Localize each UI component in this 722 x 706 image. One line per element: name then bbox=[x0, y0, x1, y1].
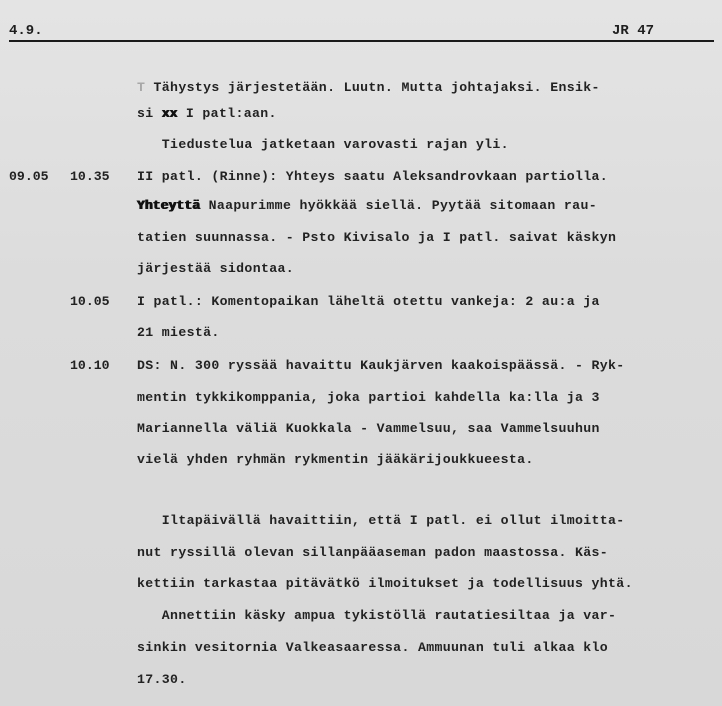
text-line: I patl.: Komentopaikan läheltä otettu va… bbox=[137, 294, 600, 309]
text-line: vielä yhden ryhmän rykmentin jääkärijouk… bbox=[137, 452, 534, 467]
text-line: Mariannella väliä Kuokkala - Vammelsuu, … bbox=[137, 421, 600, 436]
text-line: Tiedustelua jatketaan varovasti rajan yl… bbox=[137, 137, 509, 152]
text-line: kettiin tarkastaa pitävätkö ilmoitukset … bbox=[137, 576, 633, 591]
timestamp: 09.05 bbox=[9, 169, 49, 184]
text-line: mentin tykkikomppania, joka partioi kahd… bbox=[137, 390, 600, 405]
document-page: 4.9. JR 47 T Tähystys järjestetään. Luut… bbox=[0, 0, 722, 706]
struck-text: Yhteyttä bbox=[137, 198, 200, 213]
text-line: DS: N. 300 ryssää havaittu Kaukjärven ka… bbox=[137, 358, 625, 373]
text-line: tatien suunnassa. - Psto Kivisalo ja I p… bbox=[137, 230, 616, 245]
text-line: nut ryssillä olevan sillanpääaseman pado… bbox=[137, 545, 608, 560]
text-line: Yhteyttä Naapurimme hyökkää siellä. Pyyt… bbox=[137, 198, 597, 213]
timestamp: 10.10 bbox=[70, 358, 110, 373]
struck-text: xx bbox=[162, 106, 178, 121]
timestamp: 10.35 bbox=[70, 169, 110, 184]
text-line: 21 miestä. bbox=[137, 325, 220, 340]
text-line: si xx I patl:aan. bbox=[137, 106, 277, 121]
text-line: Iltapäivällä havaittiin, että I patl. ei… bbox=[137, 513, 625, 528]
page-header: 4.9. JR 47 bbox=[9, 22, 714, 42]
header-unit: JR 47 bbox=[612, 23, 654, 39]
text-line: II patl. (Rinne): Yhteys saatu Aleksandr… bbox=[137, 169, 608, 184]
text-line: T Tähystys järjestetään. Luutn. Mutta jo… bbox=[137, 80, 600, 95]
text-line: järjestää sidontaa. bbox=[137, 261, 294, 276]
header-date: 4.9. bbox=[9, 23, 43, 39]
text-line: 17.30. bbox=[137, 672, 187, 687]
timestamp: 10.05 bbox=[70, 294, 110, 309]
text-line: sinkin vesitornia Valkeasaaressa. Ammuun… bbox=[137, 640, 608, 655]
text-line: Annettiin käsky ampua tykistöllä rautati… bbox=[137, 608, 616, 623]
